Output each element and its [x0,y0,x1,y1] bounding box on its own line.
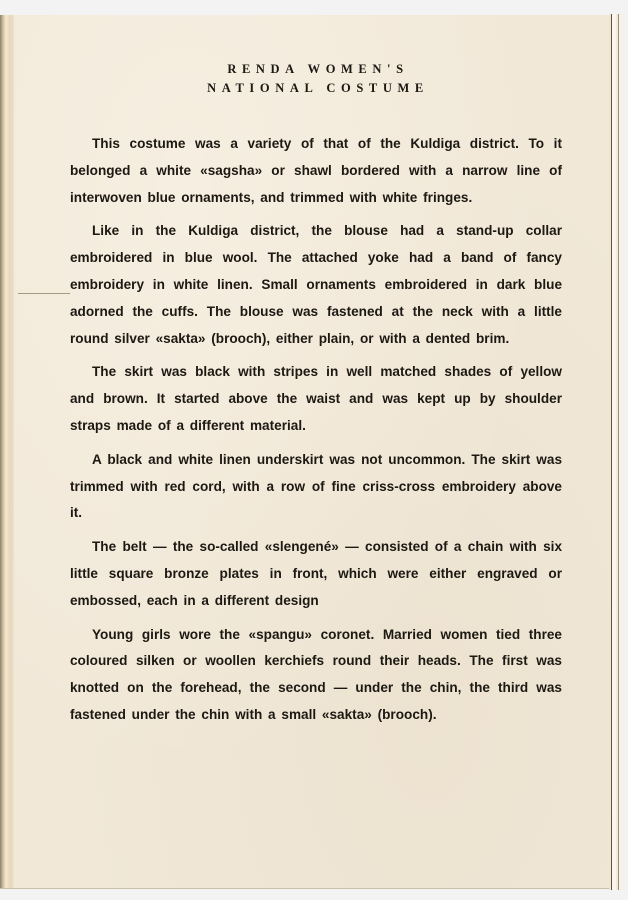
paragraph-skirt: The skirt was black with stripes in well… [70,359,562,439]
paragraph-underskirt: A black and white linen underskirt was n… [70,447,562,527]
document-content: RENDA WOMEN'S NATIONAL COSTUME This cost… [70,60,562,736]
title-line-2: NATIONAL COSTUME [207,81,429,95]
page-right-edge [609,14,628,890]
page-title: RENDA WOMEN'S NATIONAL COSTUME [70,60,562,98]
paragraph-belt: The belt — the so-called «slengené» — co… [70,534,562,614]
title-line-1: RENDA WOMEN'S [227,62,408,76]
page-spine [0,15,14,888]
paragraph-headwear: Young girls wore the «spangu» coronet. M… [70,622,562,729]
pencil-mark [18,293,70,294]
paragraph-shawl: This costume was a variety of that of th… [70,131,562,211]
paragraph-blouse: Like in the Kuldiga district, the blouse… [70,218,562,352]
